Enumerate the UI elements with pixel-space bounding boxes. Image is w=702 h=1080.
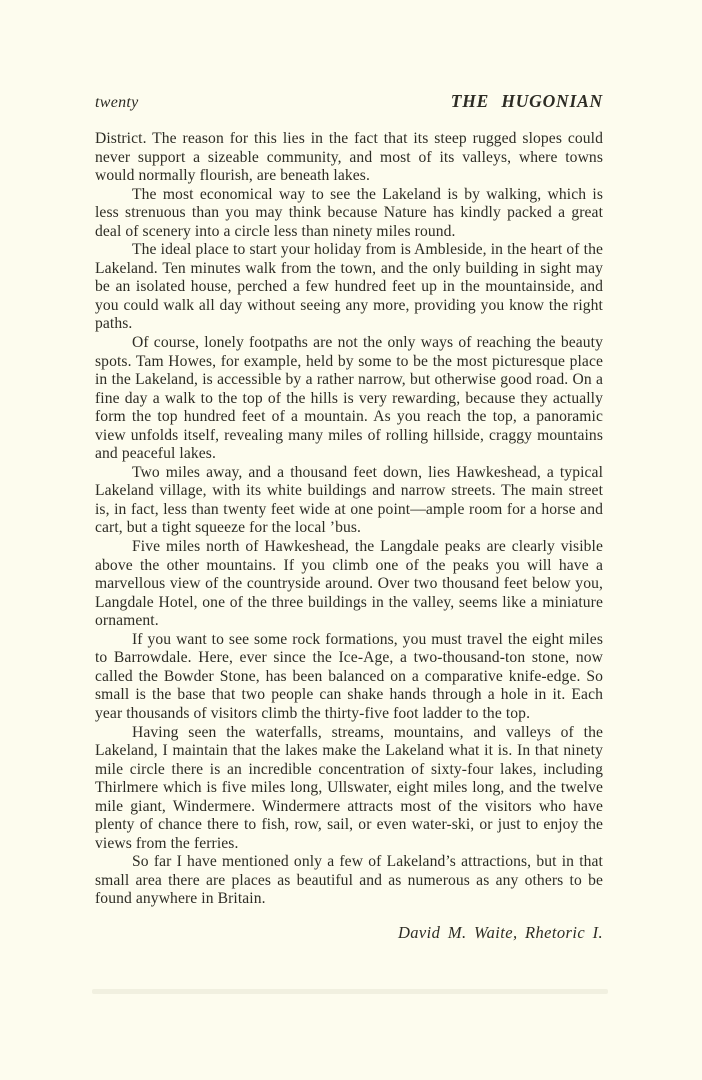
- journal-title: THE HUGONIAN: [451, 91, 603, 112]
- paragraph: Of course, lonely footpaths are not the …: [95, 334, 603, 464]
- paragraph: District. The reason for this lies in th…: [95, 130, 603, 186]
- paragraph: The ideal place to start your holiday fr…: [95, 241, 603, 334]
- paragraph: So far I have mentioned only a few of La…: [95, 853, 603, 909]
- paragraph: Having seen the waterfalls, streams, mou…: [95, 724, 603, 854]
- page-number-label: twenty: [95, 94, 139, 112]
- author-signature: David M. Waite, Rhetoric I.: [95, 924, 603, 943]
- scanned-page: twenty THE HUGONIAN District. The reason…: [0, 0, 702, 1080]
- page-header: twenty THE HUGONIAN: [95, 91, 603, 112]
- paragraph: The most economical way to see the Lakel…: [95, 186, 603, 242]
- article-body: District. The reason for this lies in th…: [95, 130, 603, 943]
- paragraph: If you want to see some rock formations,…: [95, 631, 603, 724]
- paragraph: Five miles north of Hawkeshead, the Lang…: [95, 538, 603, 631]
- paragraph: Two miles away, and a thousand feet down…: [95, 464, 603, 538]
- scan-artifact: [92, 989, 608, 994]
